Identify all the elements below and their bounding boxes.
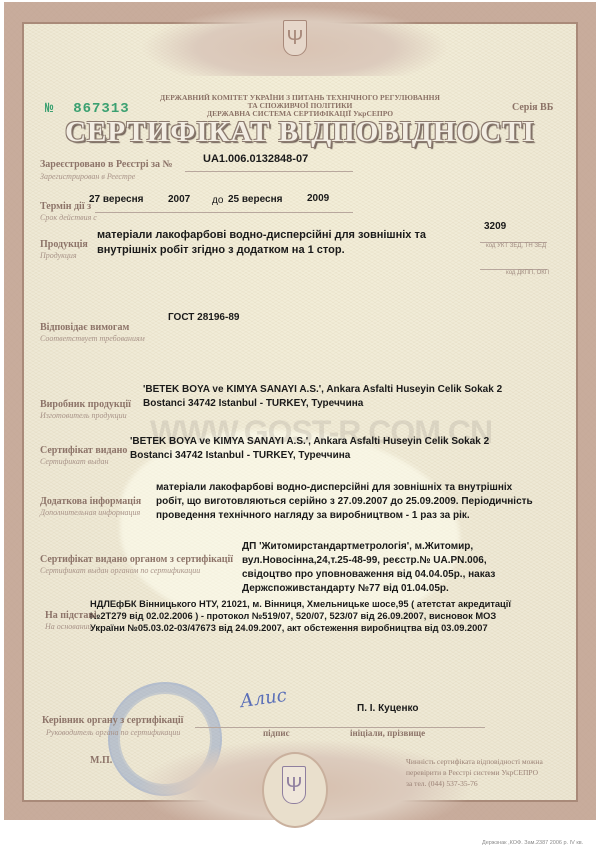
valid-from-date: 27 вересня bbox=[89, 194, 143, 207]
product-label: Продукція bbox=[40, 239, 88, 250]
code-uktzed: 3209 bbox=[484, 221, 506, 234]
manufacturer-line-2: Bostanci 34742 Istanbul - TURKEY, Туречч… bbox=[143, 398, 363, 411]
registry-label-ru: Зарегистрирован в Реестре bbox=[40, 172, 135, 181]
validity-underline bbox=[95, 212, 353, 213]
basis-label-ru: На основании bbox=[45, 622, 92, 631]
certifying-body-line-2: вул.Новосінна,24,т.25-48-99, реєстр.№ UA… bbox=[242, 555, 487, 568]
validity-label: Термін дії з bbox=[40, 201, 91, 212]
valid-to-year: 2009 bbox=[307, 193, 329, 206]
code-dkpp-label: код ДКПП, ОКП bbox=[506, 270, 549, 276]
additional-info-line-1: матеріали лакофарбові водно-дисперсійні … bbox=[156, 482, 512, 495]
requirements-label: Відповідає вимогам bbox=[40, 322, 129, 333]
issued-to-line-1: 'BETEK BOYA ve KIMYA SANAYI A.S.', Ankar… bbox=[130, 436, 489, 449]
document-title: СЕРТИФІКАТ ВІДПОВІДНОСТІ bbox=[0, 116, 600, 149]
verification-note-line-1: Чинність сертифіката відповідності можна bbox=[406, 756, 543, 767]
certificate-number: № 867313 bbox=[45, 101, 130, 117]
requirements-value: ГОСТ 28196-89 bbox=[168, 312, 239, 325]
signatory-name: П. І. Куценко bbox=[357, 703, 418, 716]
basis-line-1: НДЛЕфБК Вінницького НТУ, 21021, м. Вінни… bbox=[90, 598, 511, 611]
product-line-2: внутрішніх робіт згідно з додатком на 1 … bbox=[97, 243, 345, 257]
manufacturer-line-1: 'BETEK BOYA ve KIMYA SANAYI A.S.', Ankar… bbox=[143, 384, 502, 397]
certifying-body-line-4: Держспоживстандарту №77 від 01.04.05р. bbox=[242, 583, 449, 596]
certifying-body-line-1: ДП 'Житомирстандартметрологія', м.Житоми… bbox=[242, 541, 473, 554]
registry-number: UA1.006.0132848-07 bbox=[203, 152, 308, 166]
number-value: 867313 bbox=[73, 101, 129, 117]
valid-to-label: до bbox=[212, 195, 223, 208]
certifying-body-label-ru: Сертификат выдан органом по сертификации bbox=[40, 566, 200, 575]
additional-info-line-3: проведення технічного нагляду за виробни… bbox=[156, 510, 470, 523]
requirements-label-ru: Соответствует требованиям bbox=[40, 334, 145, 343]
certifying-body-label: Сертифікат видано органом з сертифікації bbox=[40, 554, 233, 565]
name-caption: ініціали, прізвище bbox=[350, 728, 425, 738]
signature-underline bbox=[195, 727, 485, 728]
trident-emblem-icon: Ψ bbox=[283, 20, 307, 56]
issued-to-line-2: Bostanci 34742 Istanbul - TURKEY, Туречч… bbox=[130, 450, 350, 463]
issued-to-label: Сертифікат видано bbox=[40, 445, 127, 456]
manufacturer-label: Виробник продукції bbox=[40, 399, 131, 410]
basis-line-2: №2Т279 від 02.02.2006 ) - протокол №519/… bbox=[90, 610, 496, 623]
basis-label: На підставі bbox=[45, 610, 97, 621]
head-of-body-label-ru: Руководитель органа по сертификации bbox=[46, 728, 180, 737]
certifying-body-line-3: свідоцтво про уповноваження від 04.04.05… bbox=[242, 569, 495, 582]
seal-place-label: М.П. bbox=[90, 755, 112, 766]
registry-label: Зареєстровано в Реєстрі за № bbox=[40, 159, 173, 170]
manufacturer-label-ru: Изготовитель продукции bbox=[40, 411, 127, 420]
valid-to-date: 25 вересня bbox=[228, 194, 282, 207]
issued-to-label-ru: Сертификат выдан bbox=[40, 457, 109, 466]
printer-imprint: Держзнак ,КОФ. Зам.2387 2006 р. IV кв. bbox=[482, 840, 583, 846]
additional-info-label-ru: Дополнительная информация bbox=[40, 508, 140, 517]
validity-label-ru: Срок действия с bbox=[40, 213, 97, 222]
verification-note-line-3: за тел. (044) 537-35-76 bbox=[406, 778, 478, 789]
additional-info-line-2: робіт, що виготовляються серійно з 27.09… bbox=[156, 496, 533, 509]
product-line-1: матеріали лакофарбові водно-дисперсійні … bbox=[97, 228, 426, 242]
basis-line-3: України №05.03.02-03/47673 від 24.09.200… bbox=[90, 622, 488, 635]
number-sign: № bbox=[45, 101, 54, 117]
signature-caption: підпис bbox=[263, 728, 290, 738]
head-of-body-label: Керівник органу з сертифікації bbox=[42, 715, 183, 726]
verification-note-line-2: перевірити в Реєстрі системи УкрСЕПРО bbox=[406, 767, 538, 778]
registry-underline bbox=[185, 171, 353, 172]
series-label: Серія ВБ bbox=[512, 102, 553, 113]
product-label-ru: Продукция bbox=[40, 251, 77, 260]
additional-info-label: Додаткова інформація bbox=[40, 496, 141, 507]
trident-emblem-icon: Ψ bbox=[282, 766, 306, 804]
code-uktzed-label: код УКТ ЗЕД, ТН ЗЕД bbox=[486, 243, 546, 249]
valid-from-year: 2007 bbox=[168, 194, 190, 207]
